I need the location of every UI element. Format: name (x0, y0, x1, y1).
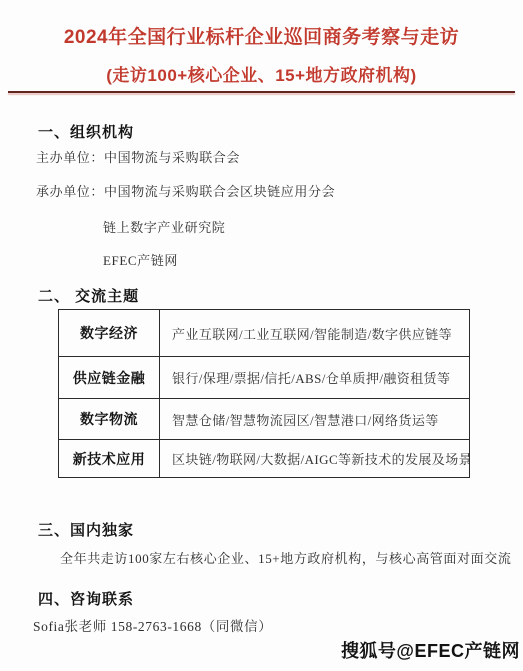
document-subtitle: (走访100+核心企业、15+地方政府机构) (0, 61, 523, 86)
section-heading-contact: 四、咨询联系 (38, 588, 134, 609)
table-row: 数字经济 产业互联网/工业互联网/智能制造/数字供应链等 (59, 310, 470, 357)
topic-detail-cell: 智慧仓储/智慧物流园区/智慧港口/网络货运等 (160, 399, 470, 440)
organizer-unit-line-3: EFEC产链网 (103, 250, 178, 269)
topic-category-cell: 数字经济 (59, 310, 160, 357)
table-row: 新技术应用 区块链/物联网/大数据/AIGC等新技术的发展及场景应用 (59, 440, 470, 478)
topic-category-cell: 新技术应用 (59, 440, 160, 478)
contact-info-line: Sofia张老师 158-2763-1668（同微信） (33, 615, 272, 635)
topic-category-cell: 供应链金融 (59, 357, 160, 399)
topics-table: 数字经济 产业互联网/工业互联网/智能制造/数字供应链等 供应链金融 银行/保理… (58, 309, 470, 478)
section-heading-topics: 二、 交流主题 (38, 285, 139, 306)
sohu-account-watermark: 搜狐号@EFEC产链网 (341, 637, 520, 663)
document-page: 2024年全国行业标杆企业巡回商务考察与走访 (走访100+核心企业、15+地方… (0, 0, 523, 671)
topic-detail-cell: 银行/保理/票据/信托/ABS/仓单质押/融资租赁等 (160, 357, 470, 399)
header-divider-rule (8, 91, 515, 93)
document-title: 2024年全国行业标杆企业巡回商务考察与走访 (0, 22, 523, 49)
section-heading-organization: 一、组织机构 (38, 121, 134, 142)
organizer-unit-line: 承办单位：中国物流与采购联合会区块链应用分会 (36, 181, 335, 200)
organizer-unit-line-2: 链上数字产业研究院 (103, 217, 225, 236)
table-row: 供应链金融 银行/保理/票据/信托/ABS/仓单质押/融资租赁等 (59, 357, 470, 399)
topic-detail-cell: 产业互联网/工业互联网/智能制造/数字供应链等 (160, 310, 470, 357)
exclusive-body-line: 全年共走访100家左右核心企业、15+地方政府机构，与核心高管面对面交流 (60, 548, 511, 567)
topic-detail-cell: 区块链/物联网/大数据/AIGC等新技术的发展及场景应用 (160, 440, 470, 478)
topic-category-cell: 数字物流 (59, 399, 160, 440)
section-heading-exclusive: 三、国内独家 (38, 519, 134, 540)
host-unit-line: 主办单位：中国物流与采购联合会 (36, 147, 240, 166)
table-row: 数字物流 智慧仓储/智慧物流园区/智慧港口/网络货运等 (59, 399, 470, 440)
